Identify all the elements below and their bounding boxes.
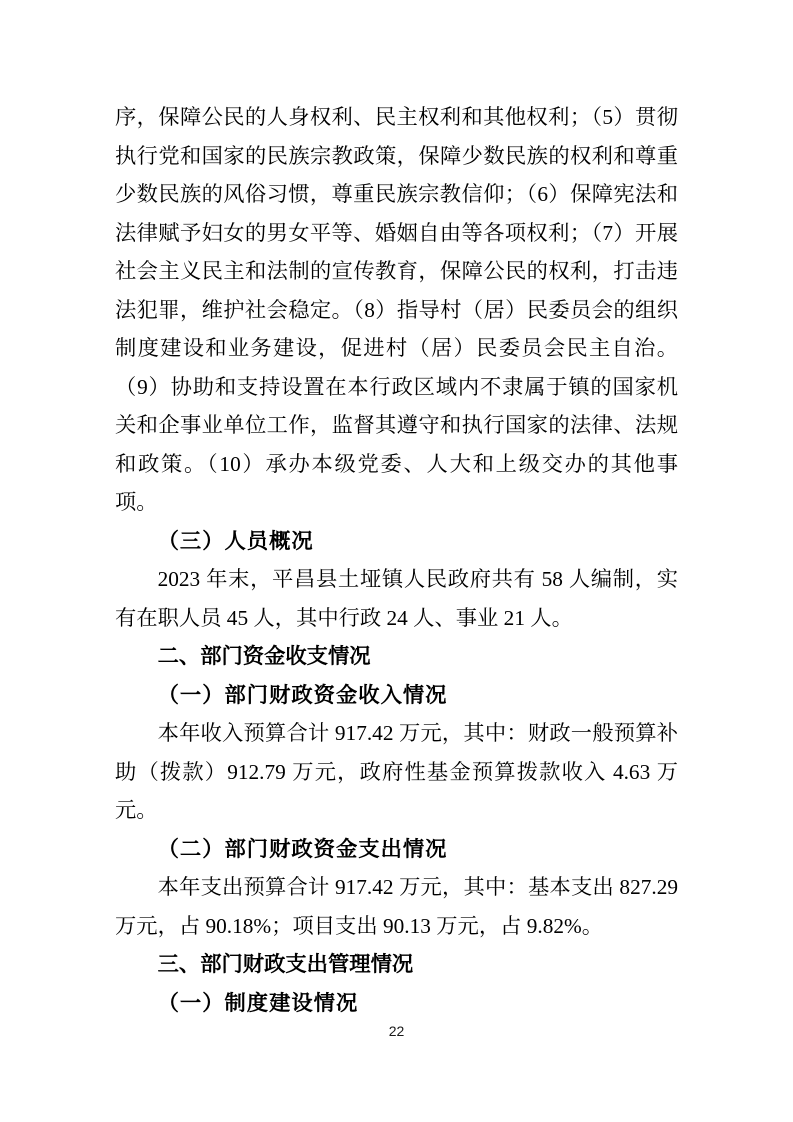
heading-system-construction: （一）制度建设情况	[115, 984, 678, 1023]
paragraph-expenditure-budget: 本年支出预算合计 917.42 万元，其中：基本支出 827.29 万元，占 9…	[115, 868, 678, 945]
heading-personnel-overview: （三）人员概况	[115, 522, 678, 561]
paragraph-income-budget: 本年收入预算合计 917.42 万元，其中：财政一般预算补助（拨款）912.79…	[115, 714, 678, 830]
heading-funds-overview: 二、部门资金收支情况	[115, 637, 678, 676]
page-number: 22	[0, 1023, 793, 1040]
paragraph-personnel-stats: 2023 年末，平昌县土垭镇人民政府共有 58 人编制，实有在职人员 45 人，…	[115, 560, 678, 637]
document-content: 序，保障公民的人身权利、民主权利和其他权利；（5）贯彻执行党和国家的民族宗教政策…	[115, 98, 678, 1022]
paragraph-duties-continuation: 序，保障公民的人身权利、民主权利和其他权利；（5）贯彻执行党和国家的民族宗教政策…	[115, 98, 678, 522]
heading-fiscal-income: （一）部门财政资金收入情况	[115, 676, 678, 715]
document-page: 序，保障公民的人身权利、民主权利和其他权利；（5）贯彻执行党和国家的民族宗教政策…	[0, 0, 793, 1122]
heading-fiscal-expenditure: （二）部门财政资金支出情况	[115, 830, 678, 869]
heading-expenditure-management: 三、部门财政支出管理情况	[115, 945, 678, 984]
